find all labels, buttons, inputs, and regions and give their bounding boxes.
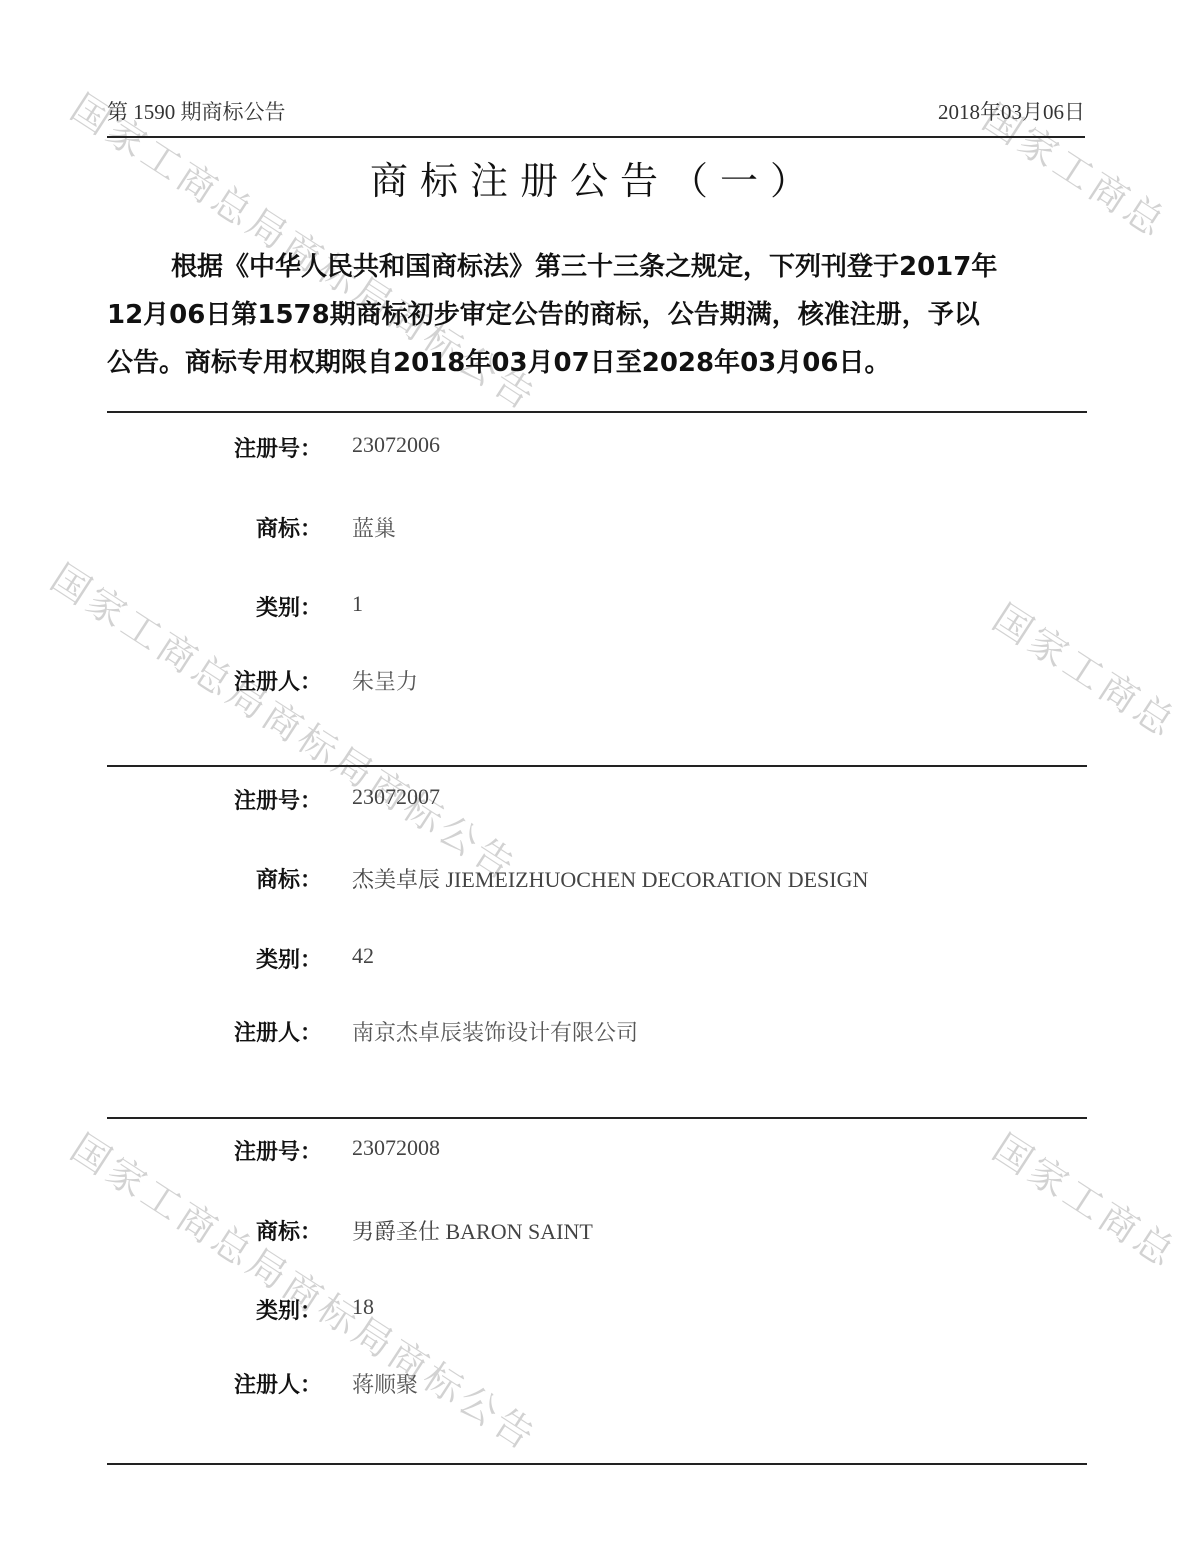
- reg-no-value: 23072007: [352, 784, 440, 810]
- gazette-page: 国家工商总局商标局商标公告 国家工商总局商标局商标公告 国家工商总局商标局商标公…: [0, 0, 1190, 1564]
- mark-value: 蓝巢: [352, 512, 396, 543]
- page-title: 商标注册公告（一）: [0, 150, 1190, 205]
- reg-no-value: 23072008: [352, 1135, 440, 1161]
- intro-line-1: 根据《中华人民共和国商标法》第三十三条之规定，下列刊登于2017年: [171, 252, 997, 282]
- watermark: 国家工商总: [984, 1118, 1190, 1279]
- divider: [107, 411, 1087, 413]
- registrant-label: 注册人：: [234, 1368, 322, 1399]
- reg-no-value: 23072006: [352, 432, 440, 458]
- intro-line-3: 公告。商标专用权期限自2018年03月07日至2028年03月06日。: [107, 339, 1085, 387]
- issue-number: 第 1590 期商标公告: [107, 96, 286, 126]
- divider: [107, 1117, 1087, 1119]
- class-value: 1: [352, 591, 363, 617]
- reg-no-label: 注册号：: [234, 784, 322, 815]
- watermark: 国家工商总: [984, 588, 1190, 749]
- issue-date: 2018年03月06日: [938, 96, 1085, 126]
- class-label: 类别：: [256, 1294, 322, 1325]
- page-header: 第 1590 期商标公告 2018年03月06日: [107, 96, 1085, 138]
- registrant-value: 南京杰卓辰装饰设计有限公司: [352, 1016, 638, 1047]
- mark-value: 杰美卓辰 JIEMEIZHUOCHEN DECORATION DESIGN: [352, 863, 868, 894]
- intro-paragraph: 根据《中华人民共和国商标法》第三十三条之规定，下列刊登于2017年 12月06日…: [107, 243, 1085, 387]
- class-value: 42: [352, 943, 374, 969]
- class-label: 类别：: [256, 591, 322, 622]
- registrant-label: 注册人：: [234, 665, 322, 696]
- registrant-value: 朱呈力: [352, 665, 418, 696]
- reg-no-label: 注册号：: [234, 432, 322, 463]
- divider: [107, 1463, 1087, 1465]
- class-value: 18: [352, 1294, 374, 1320]
- registrant-label: 注册人：: [234, 1016, 322, 1047]
- divider: [107, 765, 1087, 767]
- mark-label: 商标：: [256, 863, 322, 894]
- mark-value: 男爵圣仕 BARON SAINT: [352, 1215, 593, 1246]
- reg-no-label: 注册号：: [234, 1135, 322, 1166]
- watermark: 国家工商总局商标局商标公告: [62, 1118, 550, 1462]
- mark-label: 商标：: [256, 512, 322, 543]
- mark-label: 商标：: [256, 1215, 322, 1246]
- registrant-value: 蒋顺聚: [352, 1368, 418, 1399]
- intro-line-2: 12月06日第1578期商标初步审定公告的商标，公告期满，核准注册，予以: [107, 291, 1085, 339]
- class-label: 类别：: [256, 943, 322, 974]
